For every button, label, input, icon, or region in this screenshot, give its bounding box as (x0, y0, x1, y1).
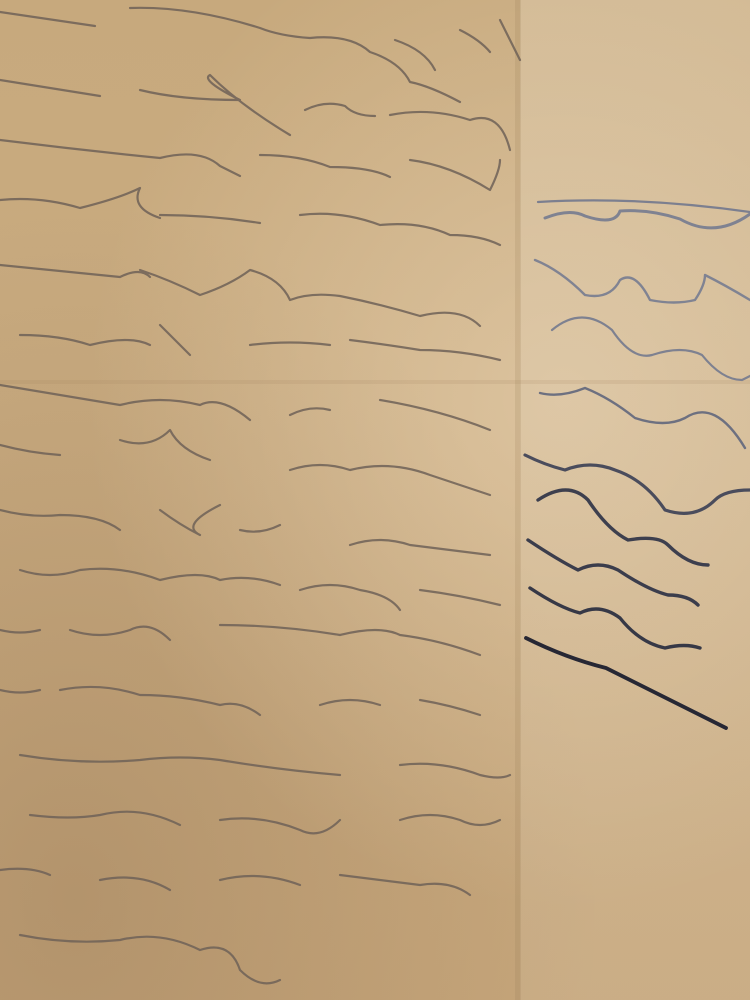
pencil-lines-layer (0, 0, 750, 1000)
document-photo (0, 0, 750, 1000)
